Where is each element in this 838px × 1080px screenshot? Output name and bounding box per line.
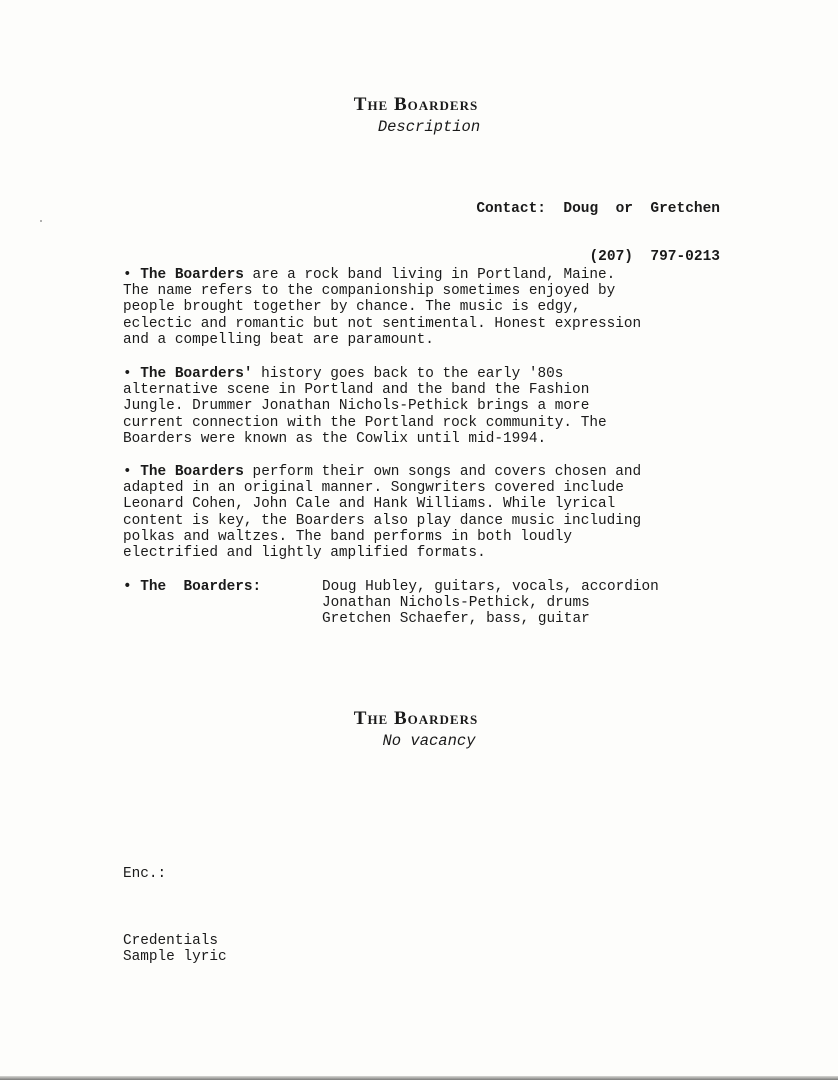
band-name-bold: The Boarders' (140, 366, 252, 382)
scan-bottom-edge (0, 1076, 838, 1080)
enclosure-item: Credentials (123, 933, 218, 949)
members-label: • The Boarders: (123, 579, 261, 595)
page-title: The Boarders (0, 94, 838, 116)
text-line: perform their own songs and covers chose… (244, 464, 641, 480)
paragraph-history: • The Boarders' history goes back to the… (123, 366, 743, 447)
member: Jonathan Nichols-Pethick, drums (322, 595, 590, 611)
members-list: Doug Hubley, guitars, vocals, accordion … (322, 579, 659, 628)
text-line: adapted in an original manner. Songwrite… (123, 480, 624, 496)
footer-title: The Boarders (0, 708, 838, 730)
text-line: current connection with the Portland roc… (123, 415, 607, 431)
bullet: • (123, 464, 132, 480)
text-line: The name refers to the companionship som… (123, 283, 615, 299)
header-title-block: The Boarders Description (0, 94, 838, 136)
bullet: • (123, 366, 132, 382)
footer-subtitle: No vacancy (20, 732, 838, 750)
member: Gretchen Schaefer, bass, guitar (322, 611, 590, 627)
text-line: Jungle. Drummer Jonathan Nichols-Pethick… (123, 398, 589, 414)
text-line: Boarders were known as the Cowlix until … (123, 431, 546, 447)
text-line: history goes back to the early '80s (253, 366, 564, 382)
band-name-bold: The Boarders (140, 267, 244, 283)
paragraph-intro: • The Boarders are a rock band living in… (123, 267, 743, 348)
text-line: alternative scene in Portland and the ba… (123, 382, 589, 398)
enclosures-block: Enc.: Credentials Sample lyric (123, 833, 227, 982)
page-subtitle: Description (20, 118, 838, 136)
text-line: and a compelling beat are paramount. (123, 332, 434, 348)
enclosures-label: Enc.: (123, 866, 227, 883)
contact-names: Contact: Doug or Gretchen (476, 201, 720, 217)
text-line: eclectic and romantic but not sentimenta… (123, 316, 641, 332)
text-line: are a rock band living in Portland, Main… (244, 267, 615, 283)
enclosure-item: Sample lyric (123, 949, 227, 965)
text-line: people brought together by chance. The m… (123, 299, 581, 315)
text-line: Leonard Cohen, John Cale and Hank Willia… (123, 496, 615, 512)
footer-title-block: The Boarders No vacancy (0, 708, 838, 750)
band-name-bold: The Boarders (140, 464, 244, 480)
paragraph-repertoire: • The Boarders perform their own songs a… (123, 464, 743, 561)
contact-block: Contact: Doug or Gretchen (207) 797-0213 (476, 169, 720, 281)
bullet: • (123, 267, 132, 283)
text-line: content is key, the Boarders also play d… (123, 513, 641, 529)
contact-phone: (207) 797-0213 (476, 249, 720, 265)
member: Doug Hubley, guitars, vocals, accordion (322, 579, 659, 595)
scan-speck (40, 220, 42, 222)
text-line: polkas and waltzes. The band performs in… (123, 529, 572, 545)
enclosures-list: Credentials Sample lyric (123, 933, 227, 966)
text-line: electrified and lightly amplified format… (123, 545, 486, 561)
